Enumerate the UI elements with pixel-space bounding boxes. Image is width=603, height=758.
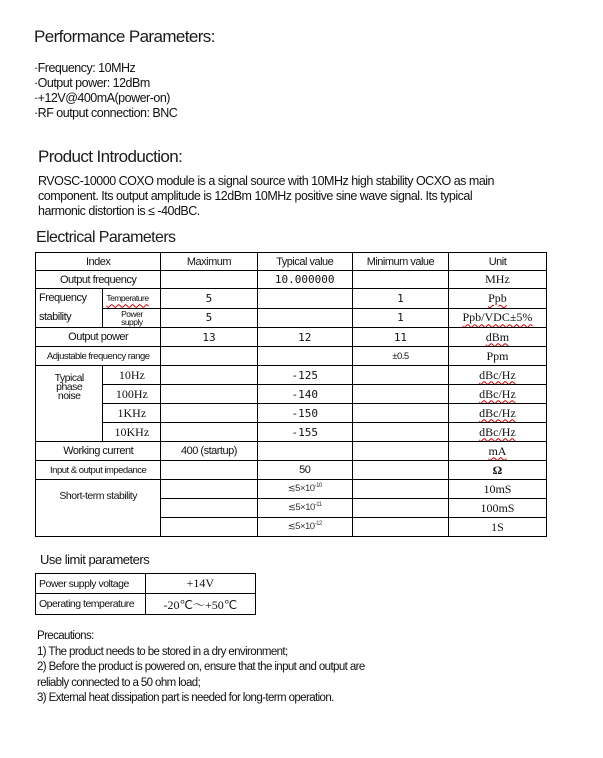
cell-max: 400 (startup)	[161, 442, 257, 461]
cell-min	[352, 442, 448, 461]
intro-paragraph: RVOSC-10000 COXO module is a signal sour…	[38, 174, 578, 219]
cell-unit: dBm	[448, 328, 546, 347]
table-row: Operating temperature -20℃～+50℃	[36, 594, 256, 615]
offset-label: 1KHz	[103, 404, 161, 423]
cell-unit: 100mS	[448, 499, 546, 518]
row-label: Input & output impedance	[36, 461, 161, 480]
table-row: Output power 13 12 11 dBm	[36, 328, 547, 347]
cell-max: 13	[161, 328, 257, 347]
cell-min	[352, 518, 448, 537]
label-line: stability	[39, 308, 102, 327]
performance-item: ·RF output connection: BNC	[34, 106, 177, 121]
cell-typ: -155	[257, 423, 352, 442]
cell-typ: ≲5×10-12	[257, 518, 352, 537]
header-maximum: Maximum	[161, 253, 257, 271]
table-row: Working current 400 (startup) mA	[36, 442, 547, 461]
row-label: Power supply voltage	[36, 574, 146, 594]
table-row: Power supply voltage +14V	[36, 574, 256, 594]
cell-max	[161, 480, 257, 499]
unit-text: dBc/Hz	[479, 406, 516, 420]
cell-unit: Ω	[448, 461, 546, 480]
unit-text: Ppb	[488, 291, 507, 305]
cell-typ: -125	[257, 366, 352, 385]
cell-max	[161, 499, 257, 518]
table-row: Short-term stability ≲5×10-10 10mS	[36, 480, 547, 499]
table-row: Input & output impedance 50 Ω	[36, 461, 547, 480]
cell-min: 11	[352, 328, 448, 347]
cell-min: ±0.5	[352, 347, 448, 366]
unit-text: Ppb/VDC±5%	[463, 310, 533, 324]
cell-unit: mA	[448, 442, 546, 461]
header-index: Index	[36, 253, 161, 271]
cell-unit: Ppb/VDC±5%	[448, 308, 546, 328]
label-text: Temperature	[106, 293, 148, 303]
cell-min	[352, 499, 448, 518]
cell-typ: 12	[257, 328, 352, 347]
exponent: -10	[315, 483, 322, 489]
unit-text: dBm	[486, 330, 509, 344]
cell-typ	[257, 308, 352, 328]
typ-prefix: ≲5×10	[288, 503, 315, 514]
cell-min	[352, 461, 448, 480]
table-row: Adjustable frequency range ±0.5 Ppm	[36, 347, 547, 366]
cell-max	[161, 404, 257, 423]
row-value: +14V	[145, 574, 255, 594]
label-line: noise	[36, 392, 102, 401]
row-label: Adjustable frequency range	[36, 347, 161, 366]
precautions-title: Precautions:	[37, 629, 365, 645]
offset-label: 100Hz	[103, 385, 161, 404]
table-header-row: Index Maximum Typical value Minimum valu…	[36, 253, 547, 271]
cell-unit: dBc/Hz	[448, 404, 546, 423]
cell-max	[161, 461, 257, 480]
precaution-line: 2) Before the product is powered on, ens…	[37, 660, 365, 676]
header-minimum: Minimum value	[352, 253, 448, 271]
cell-unit: Ppb	[448, 289, 546, 309]
cell-max	[161, 385, 257, 404]
table-row: Output frequency 10.000000 MHz	[36, 271, 547, 289]
cell-max: 5	[161, 289, 257, 309]
cell-min	[352, 404, 448, 423]
sub-label-temperature: Temperature	[103, 289, 161, 309]
precaution-line: 3) External heat dissipation part is nee…	[37, 691, 365, 707]
unit-text: dBc/Hz	[479, 425, 516, 439]
table-row: Power supply 5 1 Ppb/VDC±5%	[36, 308, 547, 328]
intro-line: RVOSC-10000 COXO module is a signal sour…	[38, 174, 578, 189]
cell-typ: -150	[257, 404, 352, 423]
cell-max	[161, 271, 257, 289]
unit-text: dBc/Hz	[479, 368, 516, 382]
exponent: -12	[315, 521, 322, 527]
cell-max	[161, 423, 257, 442]
cell-min	[352, 385, 448, 404]
intro-line: harmonic distortion is ≤ -40dBC.	[38, 204, 578, 219]
row-value: -20℃～+50℃	[145, 594, 255, 615]
table-row: Typical phase noise 10Hz -125 dBc/Hz	[36, 366, 547, 385]
cell-typ	[257, 442, 352, 461]
performance-item: ·+12V@400mA(power-on)	[34, 91, 177, 106]
table-row: 1KHz -150 dBc/Hz	[36, 404, 547, 423]
cell-typ: -140	[257, 385, 352, 404]
cell-unit: MHz	[448, 271, 546, 289]
cell-min: 1	[352, 308, 448, 328]
offset-label: 10KHz	[103, 423, 161, 442]
cell-unit: Ppm	[448, 347, 546, 366]
intro-line: component. Its output amplitude is 12dBm…	[38, 189, 578, 204]
cell-max	[161, 518, 257, 537]
row-label-frequency-stability: Frequency stability	[36, 289, 103, 328]
cell-unit: 10mS	[448, 480, 546, 499]
performance-item: ·Output power: 12dBm	[34, 76, 177, 91]
intro-title: Product Introduction:	[38, 147, 182, 167]
cell-typ	[257, 289, 352, 309]
row-label: Operating temperature	[36, 594, 146, 615]
precaution-line: 1) The product needs to be stored in a d…	[37, 645, 365, 661]
header-typical: Typical value	[257, 253, 352, 271]
cell-max	[161, 366, 257, 385]
performance-title: Performance Parameters:	[34, 27, 215, 47]
row-label: Output frequency	[36, 271, 161, 289]
row-label: Short-term stability	[36, 480, 161, 537]
offset-label: 10Hz	[103, 366, 161, 385]
label-line: supply	[103, 318, 160, 326]
precautions: Precautions: 1) The product needs to be …	[37, 629, 365, 707]
performance-list: ·Frequency: 10MHz ·Output power: 12dBm ·…	[34, 61, 177, 121]
cell-max	[161, 347, 257, 366]
cell-unit: dBc/Hz	[448, 385, 546, 404]
sub-label-power-supply: Power supply	[103, 308, 161, 328]
cell-min	[352, 366, 448, 385]
cell-typ: 10.000000	[257, 271, 352, 289]
cell-typ: ≲5×10-10	[257, 480, 352, 499]
label-line: Frequency	[39, 289, 102, 308]
cell-typ: 50	[257, 461, 352, 480]
unit-text: mA	[488, 444, 506, 458]
table-row: 10KHz -155 dBc/Hz	[36, 423, 547, 442]
use-limit-title: Use limit parameters	[40, 552, 149, 567]
cell-min	[352, 271, 448, 289]
table-row: 100Hz -140 dBc/Hz	[36, 385, 547, 404]
unit-text: dBc/Hz	[479, 387, 516, 401]
header-unit: Unit	[448, 253, 546, 271]
table-row: Frequency stability Temperature 5 1 Ppb	[36, 289, 547, 309]
electrical-title: Electrical Parameters	[36, 229, 175, 247]
cell-max: 5	[161, 308, 257, 328]
row-label: Working current	[36, 442, 161, 461]
electrical-table: Index Maximum Typical value Minimum valu…	[35, 252, 547, 537]
precaution-line: reliably connected to a 50 ohm load;	[37, 676, 365, 692]
cell-unit: 1S	[448, 518, 546, 537]
cell-typ	[257, 347, 352, 366]
typ-prefix: ≲5×10	[288, 522, 315, 533]
performance-item: ·Frequency: 10MHz	[34, 61, 177, 76]
use-limit-table: Power supply voltage +14V Operating temp…	[35, 573, 256, 615]
cell-unit: dBc/Hz	[448, 366, 546, 385]
cell-min	[352, 423, 448, 442]
cell-unit: dBc/Hz	[448, 423, 546, 442]
cell-typ: ≲5×10-11	[257, 499, 352, 518]
typ-prefix: ≲5×10	[288, 484, 315, 495]
row-label: Output power	[36, 328, 161, 347]
cell-min	[352, 480, 448, 499]
row-label-phase-noise: Typical phase noise	[36, 366, 103, 442]
exponent: -11	[315, 502, 322, 508]
cell-min: 1	[352, 289, 448, 309]
